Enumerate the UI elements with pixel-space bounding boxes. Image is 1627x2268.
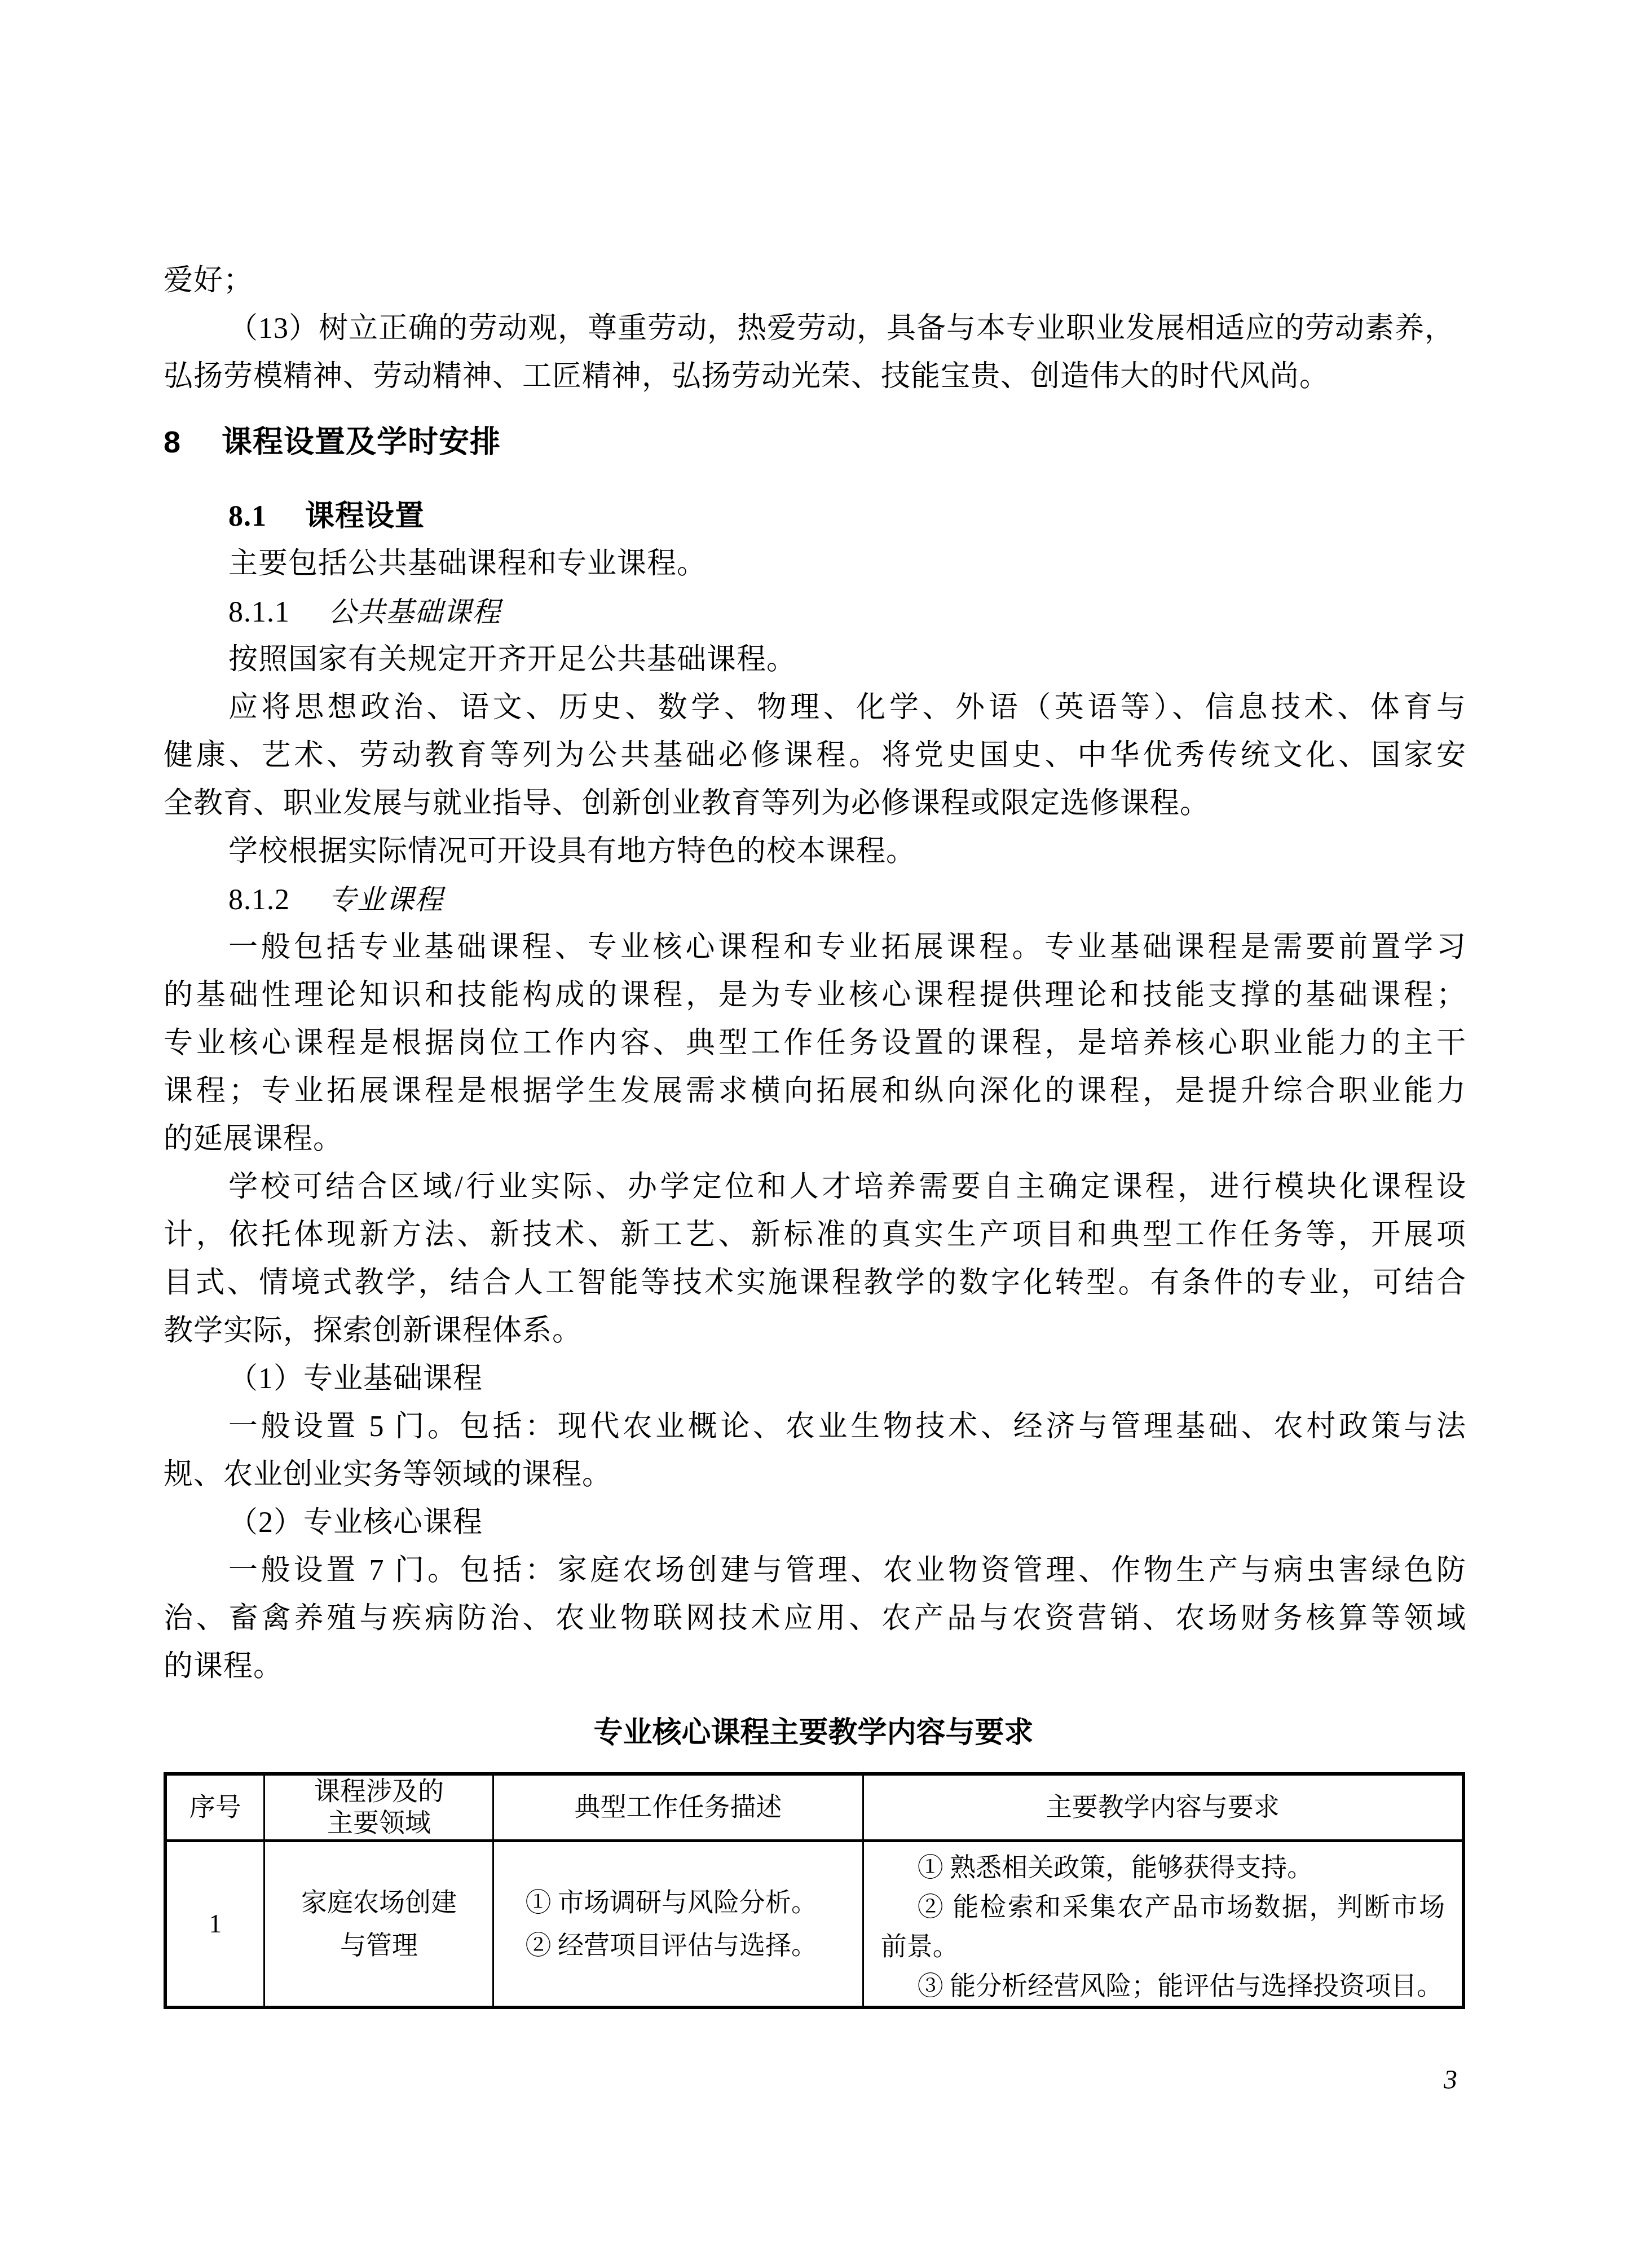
section-heading-8-1-2: 8.1.2 专业课程 [228,876,1466,924]
cell-req: ① 熟悉相关政策，能够获得支持。 ② 能检索和采集农产品市场数据，判断市场 前景… [863,1840,1463,2007]
paragraph-line: 按照国家有关规定开齐开足公共基础课程。 [228,636,1466,684]
paragraph-line: 治、畜禽养殖与疾病防治、农业物联网技术应用、农产品与农资营销、农场财务核算等领域 [164,1595,1466,1642]
paragraph-line: 学校根据实际情况可开设具有地方特色的校本课程。 [228,828,1466,875]
req-item: ② 能检索和采集农产品市场数据，判断市场 [881,1887,1445,1927]
paragraph-line: 全教育、职业发展与就业指导、创新创业教育等列为必修课程或限定选修课程。 [164,780,1466,827]
paragraph-line: 的课程。 [164,1643,1466,1690]
req-item: ③ 能分析经营风险；能评估与选择投资项目。 [881,1966,1445,2006]
paragraph-line: 的基础性理论知识和技能构成的课程，是为专业核心课程提供理论和技能支撑的基础课程； [164,972,1466,1019]
subheading-basic-courses: （1）专业基础课程 [228,1355,1466,1403]
table-header-row: 序号 课程涉及的 主要领域 典型工作任务描述 主要教学内容与要求 [165,1774,1463,1840]
paragraph-line: 一般包括专业基础课程、专业核心课程和专业拓展课程。专业基础课程是需要前置学习 [228,924,1466,971]
header-area: 课程涉及的 主要领域 [264,1774,493,1840]
cell-area: 家庭农场创建 与管理 [264,1840,493,2007]
cell-task: ① 市场调研与风险分析。 ② 经营项目评估与选择。 [493,1840,863,2007]
paragraph-line: 专业核心课程是根据岗位工作内容、典型工作任务设置的课程，是培养核心职业能力的主干 [164,1020,1466,1067]
paragraph-line: 规、农业创业实务等领域的课程。 [164,1451,1466,1499]
page-number: 3 [1444,2064,1457,2095]
header-task: 典型工作任务描述 [493,1774,863,1840]
header-no: 序号 [165,1774,264,1840]
core-course-table: 序号 课程涉及的 主要领域 典型工作任务描述 主要教学内容与要求 1 家庭农场创… [164,1772,1465,2009]
paragraph-line: 学校可结合区域/行业实际、办学定位和人才培养需要自主确定课程，进行模块化课程设 [228,1164,1466,1211]
paragraph-line: 课程；专业拓展课程是根据学生发展需求横向拓展和纵向深化的课程，是提升综合职业能力 [164,1068,1466,1115]
task-item: ① 市场调研与风险分析。 [525,1881,862,1924]
header-area-line: 课程涉及的 [265,1776,492,1807]
paragraph-line: 健康、艺术、劳动教育等列为公共基础必修课程。将党史国史、中华优秀传统文化、国家安 [164,732,1466,780]
paragraph-line: 目式、情境式教学，结合人工智能等技术实施课程教学的数字化转型。有条件的专业，可结… [164,1259,1466,1307]
document-page: 爱好； （13）树立正确的劳动观，尊重劳动，热爱劳动，具备与本专业职业发展相适应… [0,0,1627,2268]
cell-area-line: 家庭农场创建 [265,1881,492,1924]
req-item: ① 熟悉相关政策，能够获得支持。 [881,1848,1445,1887]
section-title: 课程设置 [305,500,425,532]
cell-area-line: 与管理 [265,1924,492,1967]
task-item: ② 经营项目评估与选择。 [525,1924,862,1967]
section-number: 8.1.1 [228,596,290,628]
req-item-continued: 前景。 [881,1927,1445,1966]
paragraph-line: 的延展课程。 [164,1116,1466,1163]
table-caption: 专业核心课程主要教学内容与要求 [164,1709,1463,1756]
section-heading-8-1-1: 8.1.1 公共基础课程 [228,588,1466,636]
section-number: 8.1.2 [228,884,290,916]
table-row: 1 家庭农场创建 与管理 ① 市场调研与风险分析。 ② 经营项目评估与选择。 ①… [165,1840,1463,2007]
paragraph-line: 一般设置 5 门。包括：现代农业概论、农业生物技术、经济与管理基础、农村政策与法 [228,1403,1466,1451]
paragraph-line: 爱好； [164,257,1466,305]
header-req: 主要教学内容与要求 [863,1774,1463,1840]
section-number: 8.1 [228,500,267,532]
paragraph-line: 应将思想政治、语文、历史、数学、物理、化学、外语（英语等）、信息技术、体育与 [228,684,1466,732]
section-heading-8-1: 8.1 课程设置 [228,492,1466,540]
header-area-line: 主要领域 [265,1807,492,1839]
section-title: 课程设置及学时安排 [222,425,501,459]
section-title: 公共基础课程 [328,596,501,628]
paragraph-line: 主要包括公共基础课程和专业课程。 [228,540,1466,588]
section-heading-8: 8 课程设置及学时安排 [164,419,1466,466]
section-number: 8 [164,425,181,459]
paragraph-line: 弘扬劳模精神、劳动精神、工匠精神，弘扬劳动光荣、技能宝贵、创造伟大的时代风尚。 [164,353,1466,400]
paragraph-line: 计，依托体现新方法、新技术、新工艺、新标准的真实生产项目和典型工作任务等，开展项 [164,1212,1466,1259]
paragraph-line: 教学实际，探索创新课程体系。 [164,1307,1466,1355]
paragraph-line: （13）树立正确的劳动观，尊重劳动，热爱劳动，具备与本专业职业发展相适应的劳动素… [228,305,1466,353]
paragraph-line: 一般设置 7 门。包括：家庭农场创建与管理、农业物资管理、作物生产与病虫害绿色防 [228,1547,1466,1595]
section-title: 专业课程 [328,884,443,915]
cell-no: 1 [165,1840,264,2007]
subheading-core-courses: （2）专业核心课程 [228,1499,1466,1547]
